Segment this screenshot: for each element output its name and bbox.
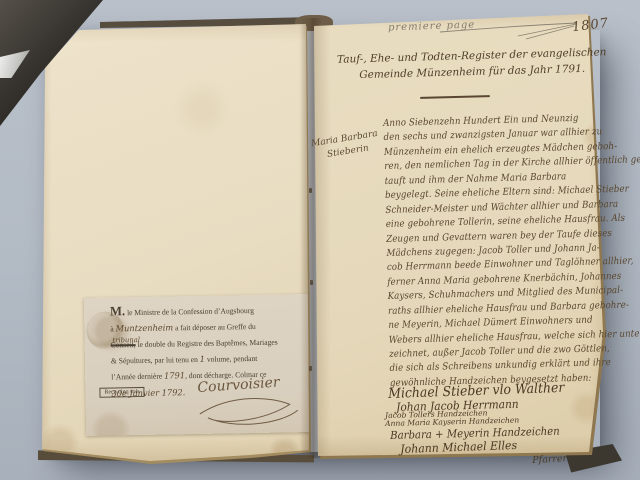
left-page: M. le Ministre de la Confession d’Augsbo…	[38, 20, 312, 465]
year-annotation: 1807	[571, 16, 610, 35]
pastor-title: Pfarrer	[532, 453, 567, 466]
stitch-mark	[309, 366, 312, 371]
handwritten-year: 1791	[164, 371, 185, 381]
stitch-mark	[310, 280, 313, 285]
pasted-certificate: M. le Ministre de la Confession d’Augsbo…	[84, 294, 310, 436]
fee-stamp: Reçu cinq sols	[99, 387, 144, 398]
signature-flourish	[193, 390, 304, 432]
baptism-entry-text: Anno Siebenzehn Hundert Ein und Neunzig …	[383, 111, 640, 392]
handwritten-correction: tribunal	[112, 333, 140, 349]
stitch-mark	[309, 188, 312, 193]
certificate-line-3: tribunalConseil, le double du Registre d…	[111, 334, 299, 353]
document-photo: M. le Ministre de la Confession d’Augsbo…	[0, 0, 640, 480]
pencil-flourish	[440, 16, 590, 42]
